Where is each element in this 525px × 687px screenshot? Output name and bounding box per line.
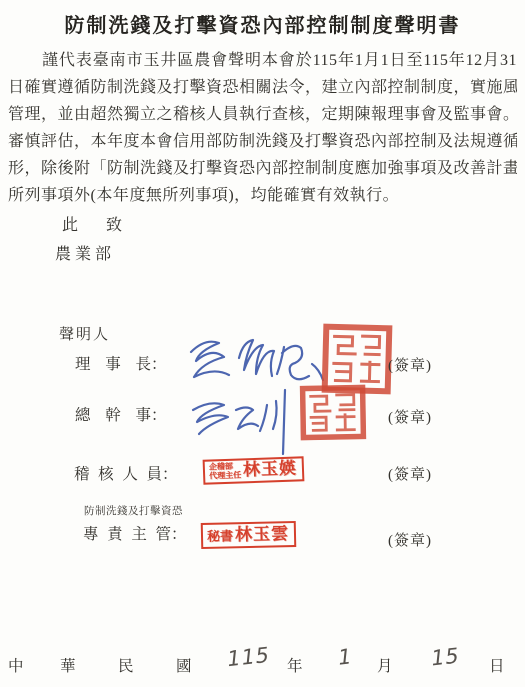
declaration-document: 防制洗錢及打擊資恐內部控制制度聲明書 謹代表臺南市玉井區農會聲明本會於115年1… xyxy=(0,0,525,687)
aml-supervisor-label: 專責主管： xyxy=(83,522,187,544)
document-title: 防制洗錢及打擊資恐內部控制制度聲明書 xyxy=(0,9,525,38)
chairman-sign-here: (簽章) xyxy=(388,354,432,375)
body-line: 所列事項外(本年度無所列事項)，均能確實有效執行。 xyxy=(8,182,517,209)
auditor-stamp-title: 企稽部 代理主任 xyxy=(209,461,242,480)
declarant-label: 聲明人 xyxy=(59,323,110,344)
era-char: 民 xyxy=(118,654,134,676)
body-line: 日確實遵循防制洗錢及打擊資恐相關法令，建立內部控制制度，實施風險 xyxy=(8,74,517,101)
auditor-label: 稽核人員： xyxy=(74,462,178,484)
aml-stamp-name: 林玉雲 xyxy=(235,525,289,544)
general-manager-seal-icon xyxy=(300,384,367,440)
era-char: 中 xyxy=(8,654,24,676)
body-line: 管理，並由超然獨立之稽核人員執行查核，定期陳報理事會及監事會。經 xyxy=(8,101,517,128)
aml-stamp-title: 秘書 xyxy=(207,525,233,545)
handwritten-month: 1 xyxy=(337,644,354,670)
aml-supervisor-sign-here: (簽章) xyxy=(388,529,432,550)
recipient-agency: 農業部 xyxy=(55,241,115,264)
day-label: 日 xyxy=(489,654,505,676)
month-label: 月 xyxy=(377,654,393,676)
chairman-label: 理事長： xyxy=(75,352,167,374)
aml-supervisor-name-stamp: 秘書 林玉雲 xyxy=(201,521,297,549)
general-manager-label: 總幹事： xyxy=(75,403,167,425)
general-manager-handwritten-signature xyxy=(188,386,308,458)
era-char: 華 xyxy=(60,654,76,676)
auditor-name-stamp: 企稽部 代理主任 林玉媖 xyxy=(203,456,305,485)
auditor-stamp-name: 林玉媖 xyxy=(243,459,298,479)
aml-supervisor-label-small: 防制洗錢及打擊資恐 xyxy=(84,503,183,518)
era-char: 國 xyxy=(176,654,192,676)
body-line: 形，除後附「防制洗錢及打擊資恐內部控制制度應加強事項及改善計畫」 xyxy=(8,155,517,182)
body-line: 審慎評估，本年度本會信用部防制洗錢及打擊資恐內部控制及法規遵循情 xyxy=(8,128,517,155)
body-paragraph: 謹代表臺南市玉井區農會聲明本會於115年1月1日至115年12月31 日確實遵循… xyxy=(8,47,517,209)
handwritten-day: 15 xyxy=(430,643,461,670)
year-label: 年 xyxy=(287,654,303,676)
salutation: 此 致 xyxy=(62,212,128,235)
body-line: 謹代表臺南市玉井區農會聲明本會於115年1月1日至115年12月31 xyxy=(8,47,517,74)
handwritten-year: 115 xyxy=(226,643,271,672)
auditor-sign-here: (簽章) xyxy=(388,463,432,484)
general-manager-sign-here: (簽章) xyxy=(388,406,432,427)
chairman-handwritten-signature xyxy=(185,330,327,392)
